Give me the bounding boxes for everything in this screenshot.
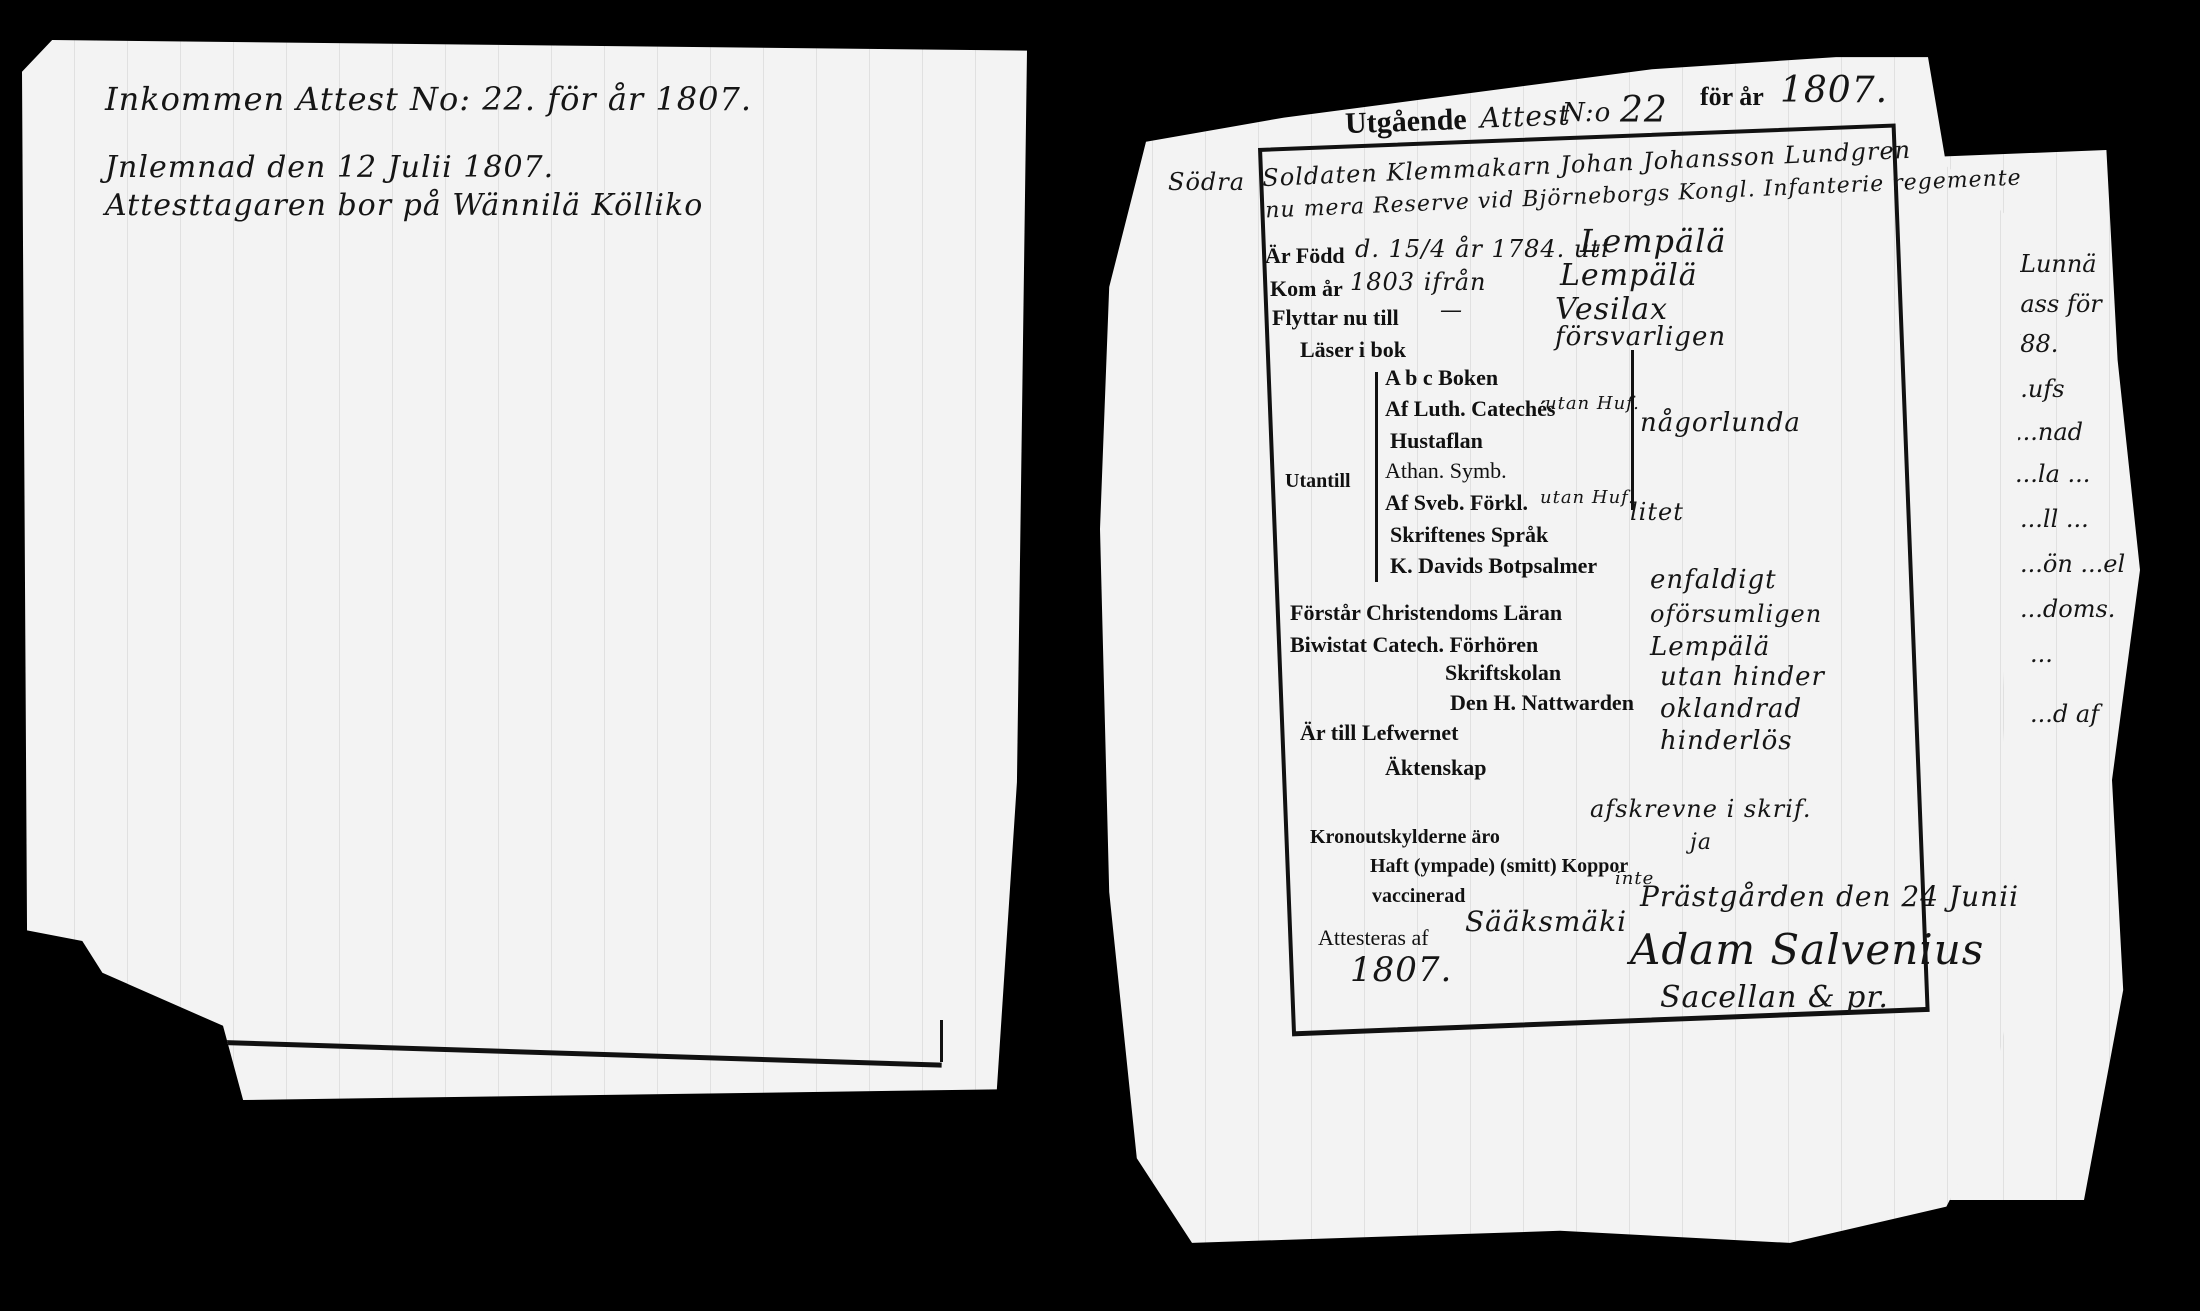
field-value: utan hinder bbox=[1660, 662, 1825, 692]
back-note-line: Lunnä bbox=[2020, 250, 2097, 278]
field-value: afskrevne i skrif. bbox=[1590, 795, 1812, 823]
utantill-item: K. Davids Botpsalmer bbox=[1390, 553, 1597, 579]
back-note-line: ...la ... bbox=[2015, 460, 2090, 488]
field-value: Lempälä bbox=[1650, 632, 1770, 662]
field-label: Haft (ympade) (smitt) Koppor bbox=[1370, 855, 1628, 878]
attest-label: Attesteras af bbox=[1318, 925, 1429, 951]
back-note-line: ...d af bbox=[2030, 700, 2099, 728]
header-year: 1807. bbox=[1780, 70, 1888, 111]
utantill-item-note: utan Huf. bbox=[1540, 487, 1635, 508]
field-value: ja bbox=[1690, 830, 1712, 855]
field-label: Kronoutskylderne äro bbox=[1310, 826, 1500, 849]
back-note-line: ...doms. bbox=[2020, 595, 2115, 623]
attest-place: Sääksmäki bbox=[1465, 905, 1627, 938]
utantill-item: Athan. Symb. bbox=[1385, 458, 1507, 484]
utantill-value-1: någorlunda bbox=[1640, 408, 1801, 438]
field-label: Kom år bbox=[1270, 276, 1343, 302]
field-label: Skriftskolan bbox=[1445, 660, 1561, 686]
field-value-prefix: — bbox=[1440, 298, 1463, 323]
back-note-line: ... bbox=[2030, 640, 2053, 668]
field-label: Är till Lefwernet bbox=[1300, 720, 1458, 746]
back-note-line: ...nad bbox=[2015, 418, 2083, 446]
field-label: vaccinerad bbox=[1372, 885, 1465, 908]
field-value: Lempälä bbox=[1580, 222, 1726, 260]
field-label: Läser i bok bbox=[1300, 337, 1406, 363]
field-value: oklandrad bbox=[1660, 694, 1802, 724]
back-note-line: ...ll ... bbox=[2020, 505, 2089, 533]
right-rule bbox=[940, 1020, 943, 1062]
field-value-prefix: 1803 ifrån bbox=[1350, 268, 1487, 296]
right-brace bbox=[1625, 350, 1634, 510]
field-value: hinderlös bbox=[1660, 726, 1793, 756]
utantill-item: Hustaflan bbox=[1390, 428, 1483, 454]
utantill-item: Skriftenes Språk bbox=[1390, 522, 1548, 548]
field-label: Är Född bbox=[1265, 243, 1345, 269]
utantill-item: Af Sveb. Förkl. bbox=[1385, 490, 1528, 516]
margin-note-left: Södra bbox=[1168, 168, 1245, 196]
left-line-3: Attesttagaren bor på Wännilä Kölliko bbox=[105, 188, 703, 223]
utantill-item: A b c Boken bbox=[1385, 365, 1498, 391]
back-note-line: ...ön ...el bbox=[2020, 550, 2125, 578]
bottom-rule bbox=[222, 1040, 942, 1068]
field-value: Lempälä bbox=[1560, 258, 1698, 293]
left-line-1: Inkommen Attest No: 22. för år 1807. bbox=[105, 80, 752, 118]
field-label: Den H. Nattwarden bbox=[1450, 690, 1634, 716]
field-value: försvarligen bbox=[1555, 322, 1726, 352]
header-number: 22 bbox=[1620, 90, 1668, 131]
header-year-label: för år bbox=[1700, 82, 1764, 112]
utantill-item: Af Luth. Catechés bbox=[1385, 396, 1556, 422]
field-label: Äktenskap bbox=[1385, 755, 1486, 781]
utantill-brace bbox=[1375, 372, 1384, 582]
utantill-label: Utantill bbox=[1285, 470, 1351, 493]
attest-title: Sacellan & pr. bbox=[1660, 980, 1889, 1015]
field-value: oförsumligen bbox=[1650, 600, 1822, 628]
attest-year: 1807. bbox=[1350, 950, 1452, 990]
attest-date-line: Prästgården den 24 Junii bbox=[1640, 880, 2019, 913]
field-label: Förstår Christendoms Läran bbox=[1290, 600, 1562, 626]
field-value: enfaldigt bbox=[1650, 565, 1777, 595]
header-prefix: Utgående bbox=[1344, 103, 1467, 141]
field-label: Flyttar nu till bbox=[1272, 305, 1399, 331]
attest-signature: Adam Salvenius bbox=[1630, 925, 1984, 974]
utantill-value-2: litet bbox=[1630, 498, 1684, 526]
header-title: Attest bbox=[1479, 98, 1571, 134]
header-number-label: N:o bbox=[1562, 98, 1611, 128]
field-label: Biwistat Catech. Förhören bbox=[1290, 632, 1538, 658]
left-line-2: Jnlemnad den 12 Julii 1807. bbox=[105, 150, 554, 185]
